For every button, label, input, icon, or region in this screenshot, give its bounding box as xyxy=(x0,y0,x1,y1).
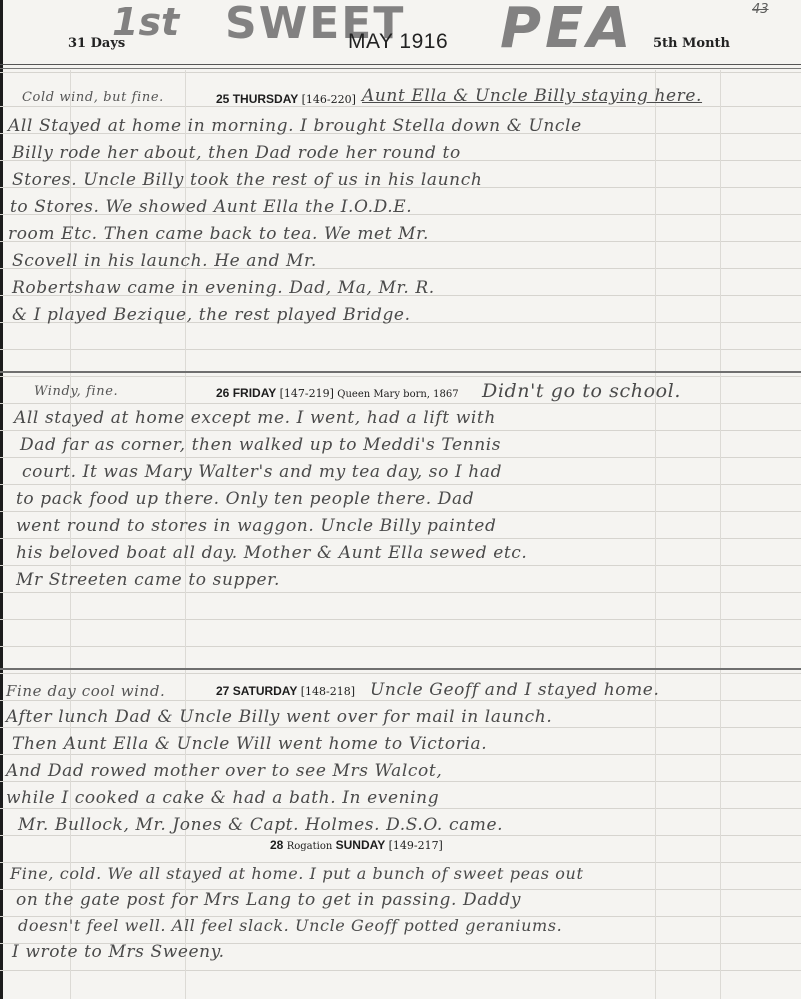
entry-line: to pack food up there. Only ten people t… xyxy=(16,489,474,509)
entry-line: Robertshaw came in evening. Dad, Ma, Mr.… xyxy=(12,278,435,298)
day-name: FRIDAY xyxy=(233,386,277,400)
day-number: 25 xyxy=(216,92,229,106)
day-count: [148-218] xyxy=(301,685,355,698)
header-rule xyxy=(0,68,801,69)
entry-line: After lunch Dad & Uncle Billy went over … xyxy=(6,707,552,727)
entry-line: court. It was Mary Walter's and my tea d… xyxy=(22,462,502,482)
day-heading: 28 Rogation SUNDAY [149-217] xyxy=(270,838,443,852)
entry-line: went round to stores in waggon. Uncle Bi… xyxy=(16,516,496,536)
pencil-title-pea: PEA xyxy=(500,0,635,61)
day-event: Queen Mary born, 1867 xyxy=(337,389,458,400)
day-number: 28 xyxy=(270,838,283,852)
pencil-corner-note: 43 xyxy=(752,2,769,17)
day-divider xyxy=(0,371,801,373)
entry-line: Uncle Geoff and I stayed home. xyxy=(370,680,659,700)
entry-line: Billy rode her about, then Dad rode her … xyxy=(12,143,461,163)
column-rule xyxy=(655,70,656,999)
day-prefix: Rogation xyxy=(287,841,333,852)
entry-line: & I played Bezique, the rest played Brid… xyxy=(12,305,411,325)
header-rule xyxy=(0,64,801,65)
days-in-month-label: 31 Days xyxy=(68,36,125,51)
diary-page: 1st SWEET PEA 43 31 Days MAY 1916 5th Mo… xyxy=(0,0,801,999)
day-name: SUNDAY xyxy=(336,838,386,852)
entry-line: his beloved boat all day. Mother & Aunt … xyxy=(16,543,527,563)
day-heading: 27 SATURDAY [148-218] xyxy=(216,684,355,698)
entry-line: All stayed at home except me. I went, ha… xyxy=(14,408,496,428)
entry-line: Aunt Ella & Uncle Billy staying here. xyxy=(362,86,702,106)
entry-line: Dad far as corner, then walked up to Med… xyxy=(20,435,501,455)
weather-note: Cold wind, but fine. xyxy=(22,90,164,105)
entry-line: Mr Streeten came to supper. xyxy=(16,570,280,590)
entry-line: Fine, cold. We all stayed at home. I put… xyxy=(10,864,583,883)
weather-note: Fine day cool wind. xyxy=(6,682,165,700)
day-number: 27 xyxy=(216,684,229,698)
day-number: 26 xyxy=(216,386,229,400)
entry-line: Stores. Uncle Billy took the rest of us … xyxy=(12,170,482,190)
day-divider xyxy=(0,668,801,670)
entry-line: room Etc. Then came back to tea. We met … xyxy=(8,224,429,244)
entry-line: Didn't go to school. xyxy=(482,380,681,402)
day-name: SATURDAY xyxy=(233,684,298,698)
entry-line: All Stayed at home in morning. I brought… xyxy=(8,116,582,136)
entry-line: Mr. Bullock, Mr. Jones & Capt. Holmes. D… xyxy=(18,815,503,835)
entry-line: Scovell in his launch. He and Mr. xyxy=(12,251,317,271)
day-heading: 25 THURSDAY [146-220] xyxy=(216,92,356,106)
day-count: [147-219] xyxy=(280,387,334,400)
entry-line: Then Aunt Ella & Uncle Will went home to… xyxy=(12,734,487,754)
entry-line: while I cooked a cake & had a bath. In e… xyxy=(6,788,439,808)
day-count: [149-217] xyxy=(389,839,443,852)
entry-line: on the gate post for Mrs Lang to get in … xyxy=(16,890,521,910)
column-rule xyxy=(720,70,721,999)
day-name: THURSDAY xyxy=(233,92,299,106)
month-number-label: 5th Month xyxy=(653,36,730,51)
entry-line: doesn't feel well. All feel slack. Uncle… xyxy=(18,916,562,935)
page-header: 1st SWEET PEA 43 31 Days MAY 1916 5th Mo… xyxy=(0,0,801,66)
entry-line: I wrote to Mrs Sweeny. xyxy=(12,942,225,962)
entry-line: to Stores. We showed Aunt Ella the I.O.D… xyxy=(10,197,412,217)
month-title: MAY 1916 xyxy=(348,30,448,54)
day-heading: 26 FRIDAY [147-219] Queen Mary born, 186… xyxy=(216,386,459,400)
weather-note: Windy, fine. xyxy=(34,384,118,399)
day-count: [146-220] xyxy=(302,93,356,106)
entry-line: And Dad rowed mother over to see Mrs Wal… xyxy=(6,761,442,781)
